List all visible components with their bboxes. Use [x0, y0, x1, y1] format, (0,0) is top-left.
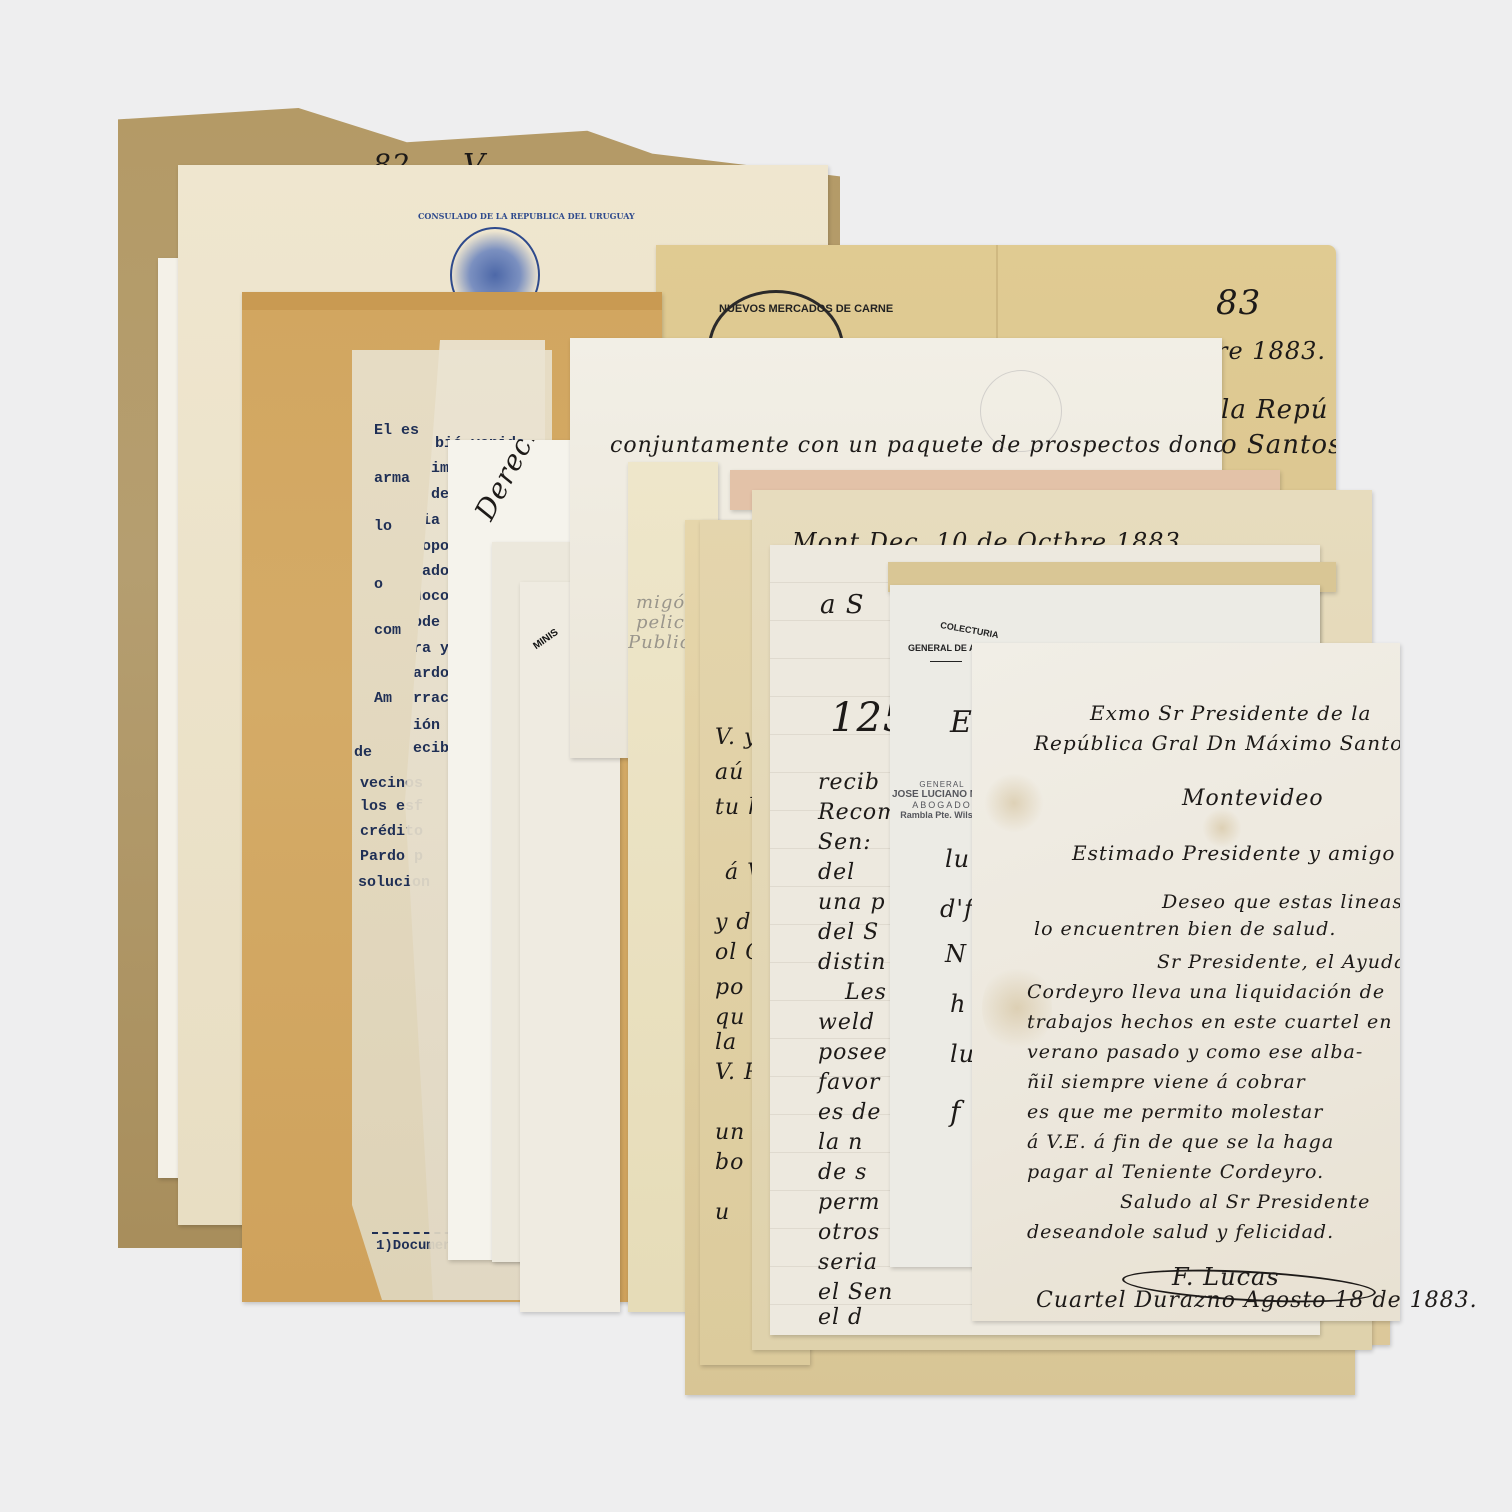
typed-line: com — [374, 622, 401, 639]
letter-b-line: de s — [818, 1160, 867, 1185]
letter-a-line: qu — [715, 1005, 745, 1030]
ministry-stamp: MINIS — [531, 627, 560, 652]
letter-a-line: po — [715, 975, 744, 1000]
letter-body-line: pagar al Teniente Cordeyro. — [1027, 1161, 1324, 1183]
letter-salutation: Estimado Presidente y amigo — [1072, 841, 1395, 865]
letter-b-line: weld — [818, 1010, 875, 1035]
typed-line: de — [354, 744, 372, 761]
letter-a-line: bo — [715, 1150, 744, 1175]
letter-a-line: la — [715, 1030, 737, 1055]
letter-b-line: del S — [818, 920, 879, 945]
letter-body-line: á V.E. á fin de que se la haga — [1027, 1131, 1334, 1153]
note-handwriting: Derecha. — [468, 440, 561, 525]
overlay-line: ra y — [413, 640, 449, 657]
letter-address-1: Exmo Sr Presidente de la — [1090, 701, 1371, 725]
typed-line: Am — [374, 690, 392, 707]
letter-body-line: Deseo que estas lineas — [1162, 891, 1400, 913]
letter-b-line: otros — [818, 1220, 880, 1245]
letter-b-line: Les — [845, 980, 887, 1005]
letter-body-line: ñil siempre viene á cobrar — [1027, 1071, 1306, 1093]
mercados-line-1: la Repú — [1221, 395, 1328, 425]
letter-b-line: el d — [818, 1305, 863, 1330]
prospectos-line: conjuntamente con un paquete de prospect… — [610, 433, 1222, 458]
letter-a-line: u — [715, 1200, 730, 1225]
typed-line: o — [374, 576, 383, 593]
overlay-line: ardo — [413, 665, 449, 682]
faint-line: migó — [636, 592, 685, 613]
letter-b-line: Sen: — [818, 830, 872, 855]
letter-body-line: Sr Presidente, el Ayudante — [1157, 951, 1400, 973]
letter-b-line: una p — [818, 890, 886, 915]
customs-line: lu — [945, 845, 970, 873]
letter-closing: Cuartel Durazno Agosto 18 de 1883. — [1036, 1288, 1478, 1313]
letter-signature: F. Lucas — [1172, 1263, 1280, 1291]
letter-b-line: posee — [818, 1040, 888, 1065]
letter-b-line: seria — [818, 1250, 878, 1275]
letter-a-line: un — [715, 1120, 745, 1145]
customs-stamp-top: COLECTURIA — [940, 620, 1000, 640]
mercados-folio: 83 — [1216, 283, 1261, 323]
letter-address-2: República Gral Dn Máximo Santos — [1034, 731, 1400, 755]
letter-b-line: recib — [818, 770, 880, 795]
mercados-date: re 1883. — [1216, 337, 1326, 365]
letter-b-line: el Sen — [818, 1280, 893, 1305]
letter-body-line: trabajos hechos en este cuartel en — [1027, 1011, 1392, 1033]
customs-line: d'f — [940, 895, 974, 923]
letter-body-line: verano pasado y como ese alba- — [1027, 1041, 1363, 1063]
letter-body-line: Cordeyro lleva una liquidación de — [1027, 981, 1385, 1003]
customs-line: f — [950, 1095, 961, 1128]
letter-b-line: del — [818, 860, 855, 885]
customs-line: h — [950, 990, 966, 1018]
mercados-line-2: o Santos. — [1221, 430, 1336, 460]
typed-line: El es — [374, 422, 419, 439]
typed-line: lo — [374, 518, 392, 535]
letter-b-line: distin — [818, 950, 886, 975]
letter-b-salutation: a S — [820, 590, 865, 620]
letter-b-line: perm — [818, 1190, 880, 1215]
faint-line: pelic — [636, 612, 685, 633]
letter-b-line: la n — [818, 1130, 863, 1155]
letter-city: Montevideo — [1182, 786, 1324, 811]
letter-body-line: lo encuentren bien de salud. — [1034, 918, 1336, 940]
letter-b-line: favor — [818, 1070, 880, 1095]
main-letter: Exmo Sr Presidente de la República Gral … — [972, 643, 1400, 1321]
letter-b-line: Recom — [818, 800, 899, 825]
letter-body-line: es que me permito molestar — [1027, 1101, 1323, 1123]
customs-line: N — [945, 940, 967, 968]
consulate-seal-text: CONSULADO DE LA REPUBLICA DEL URUGUAY — [418, 211, 635, 221]
letter-body-line: deseandole salud y felicidad. — [1027, 1221, 1334, 1243]
letter-a-line: y d — [715, 910, 752, 935]
letter-body-line: Saludo al Sr Presidente — [1120, 1191, 1370, 1213]
typed-line: arma — [374, 470, 410, 487]
mercados-stamp-top: NUEVOS MERCADOS DE CARNE — [719, 303, 893, 315]
letter-b-line: es de — [818, 1100, 881, 1125]
